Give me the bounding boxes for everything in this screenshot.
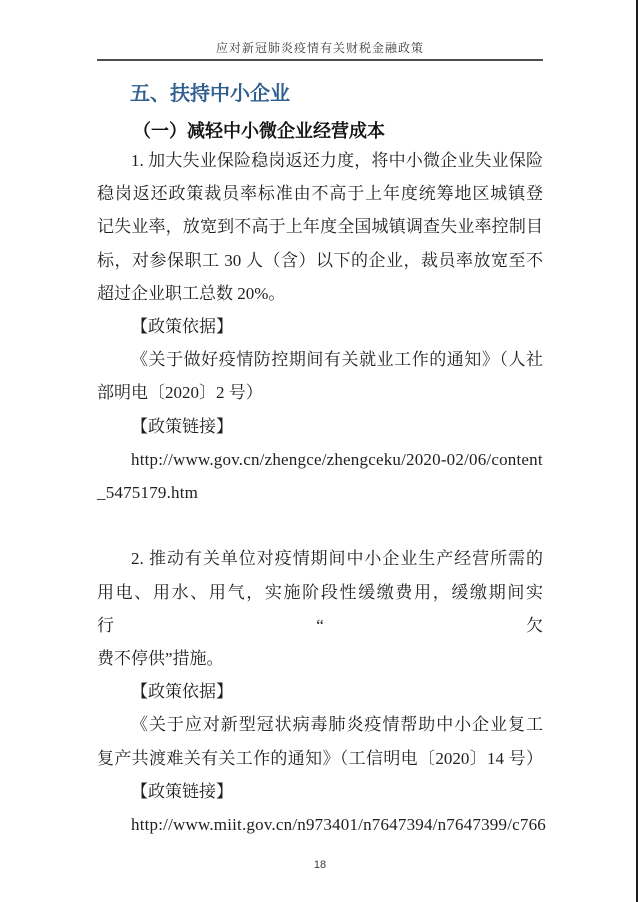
paragraph-line: 费不停供”措施。 bbox=[97, 642, 543, 675]
sub-heading: （一）减轻中小微企业经营成本 bbox=[97, 118, 543, 144]
header-rule bbox=[97, 59, 543, 61]
policy-basis-label: 【政策依据】 bbox=[97, 310, 543, 343]
policy-url-line: _5475179.htm bbox=[97, 476, 543, 509]
body-text: 1. 加大失业保险稳岗返还力度，将中小微企业失业保险 稳岗返还政策裁员率标准由不… bbox=[97, 144, 543, 841]
document-page: 应对新冠肺炎疫情有关财税金融政策 五、扶持中小企业 （一）减轻中小微企业经营成本… bbox=[0, 0, 640, 902]
policy-citation-line: 《关于做好疫情防控期间有关就业工作的通知》（人社 bbox=[97, 343, 543, 376]
policy-basis-label: 【政策依据】 bbox=[97, 675, 543, 708]
paragraph-line: 用电、用水、用气，实施阶段性缓缴费用，缓缴期间实行“欠 bbox=[97, 576, 543, 642]
policy-link-label: 【政策链接】 bbox=[97, 775, 543, 808]
policy-citation-line: 复产共渡难关有关工作的通知》（工信明电〔2020〕14 号） bbox=[97, 742, 543, 775]
paragraph-line: 标，对参保职工 30 人（含）以下的企业，裁员率放宽至不 bbox=[97, 244, 543, 277]
paragraph-line: 1. 加大失业保险稳岗返还力度，将中小微企业失业保险 bbox=[97, 144, 543, 177]
page-right-edge-line bbox=[636, 0, 638, 902]
paragraph-line: 记失业率，放宽到不高于上年度全国城镇调查失业率控制目 bbox=[97, 210, 543, 243]
policy-link-label: 【政策链接】 bbox=[97, 410, 543, 443]
section-heading: 五、扶持中小企业 bbox=[130, 81, 543, 107]
policy-url-line: http://www.gov.cn/zhengce/zhengceku/2020… bbox=[97, 443, 543, 476]
page-number: 18 bbox=[97, 857, 543, 873]
running-header-title: 应对新冠肺炎疫情有关财税金融政策 bbox=[97, 40, 543, 56]
policy-url-line: http://www.miit.gov.cn/n973401/n7647394/… bbox=[97, 808, 543, 841]
paragraph-line: 超过企业职工总数 20%。 bbox=[97, 277, 543, 310]
paragraph-line: 2. 推动有关单位对疫情期间中小企业生产经营所需的 bbox=[97, 542, 543, 575]
paragraph-gap bbox=[97, 509, 543, 542]
policy-citation-line: 《关于应对新型冠状病毒肺炎疫情帮助中小企业复工 bbox=[97, 708, 543, 741]
paragraph-line: 稳岗返还政策裁员率标准由不高于上年度统筹地区城镇登 bbox=[97, 177, 543, 210]
policy-citation-line: 部明电〔2020〕2 号） bbox=[97, 376, 543, 409]
page-content: 应对新冠肺炎疫情有关财税金融政策 五、扶持中小企业 （一）减轻中小微企业经营成本… bbox=[97, 0, 543, 873]
